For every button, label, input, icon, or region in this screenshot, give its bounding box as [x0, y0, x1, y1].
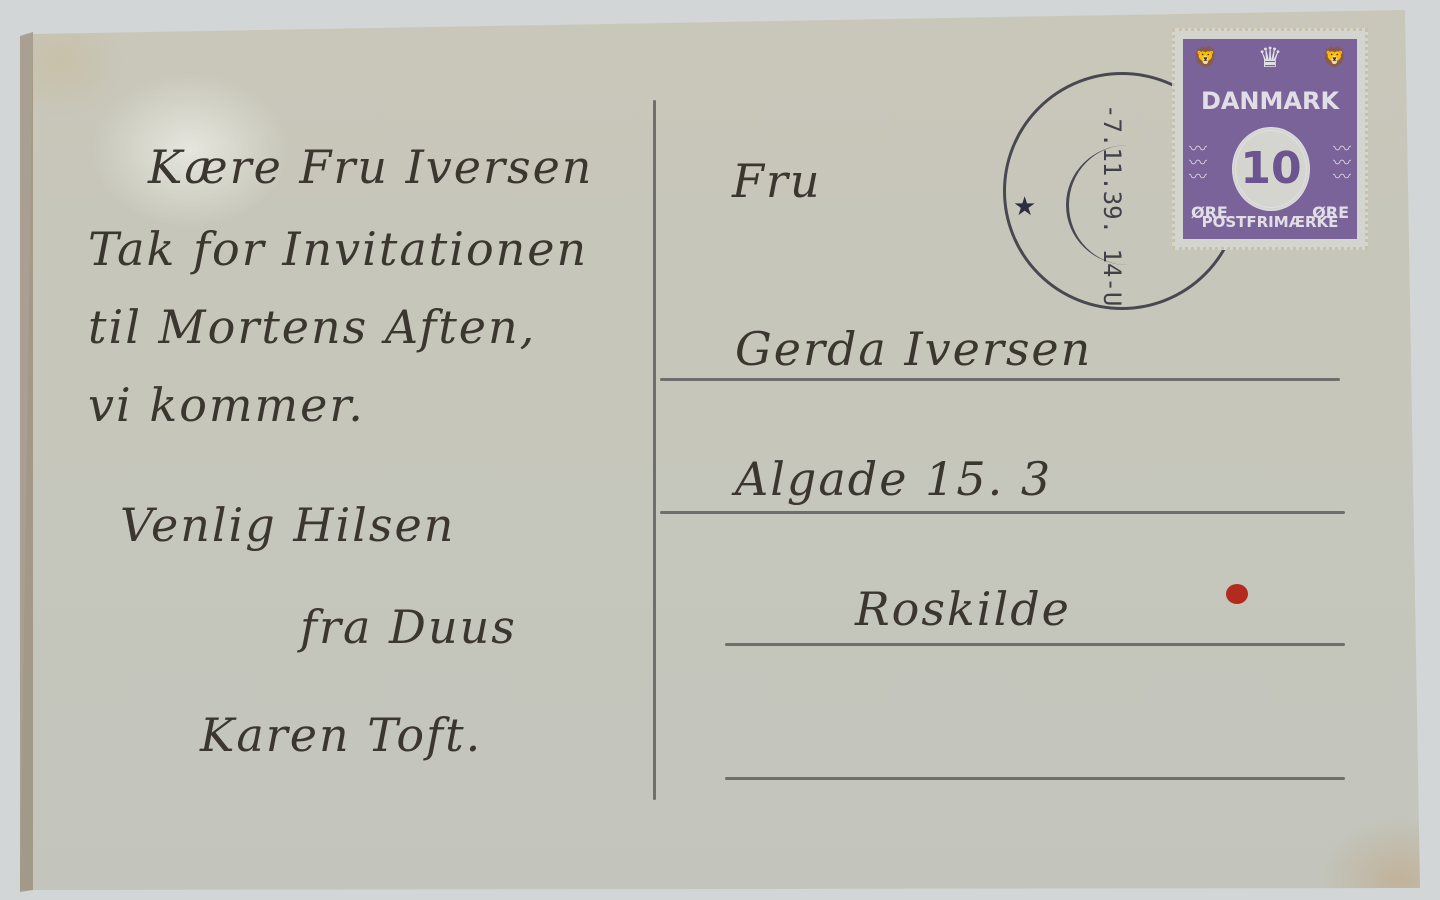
- lion-icon: 🦁: [1322, 45, 1347, 69]
- message-line-4: vi kommer.: [88, 378, 365, 432]
- address-name: Gerda Iversen: [735, 322, 1092, 376]
- postage-stamp: 🦁 ♛ 🦁 DANMARK 〰〰〰 10 〰〰〰 ØRE ØRE POSTFRI…: [1172, 28, 1368, 250]
- address-street: Algade 15. 3: [735, 452, 1052, 506]
- signature: Karen Toft.: [200, 708, 482, 762]
- stamp-value: 10: [1232, 127, 1310, 211]
- message-line-2: Tak for Invitationen: [88, 222, 588, 276]
- message-line-3: til Mortens Aften,: [88, 300, 536, 354]
- address-city: Roskilde: [855, 582, 1071, 636]
- stamp-label: POSTFRIMÆRKE: [1183, 213, 1357, 231]
- red-wax-spot: [1226, 584, 1248, 604]
- stamp-face: 🦁 ♛ 🦁 DANMARK 〰〰〰 10 〰〰〰 ØRE ØRE POSTFRI…: [1183, 39, 1357, 239]
- star-icon: ★: [1013, 192, 1036, 222]
- address-salutation: Fru: [732, 154, 822, 208]
- stamp-country: DANMARK: [1183, 87, 1357, 115]
- postmark-date: -7.11.39. 14-U: [1098, 104, 1126, 304]
- closing-greeting: Venlig Hilsen: [120, 498, 455, 552]
- address-line-2: [660, 511, 1345, 514]
- wave-lines-icon: 〰〰〰: [1333, 143, 1351, 185]
- address-line-4: [725, 777, 1345, 780]
- closing-from: fra Duus: [300, 600, 517, 654]
- address-line-3: [725, 643, 1345, 646]
- center-divider: [653, 100, 656, 800]
- wave-lines-icon: 〰〰〰: [1189, 143, 1207, 185]
- postmark-inner-arc: [1066, 145, 1189, 265]
- address-line-1: [660, 378, 1340, 381]
- message-line-1: Kære Fru Iversen: [148, 140, 593, 194]
